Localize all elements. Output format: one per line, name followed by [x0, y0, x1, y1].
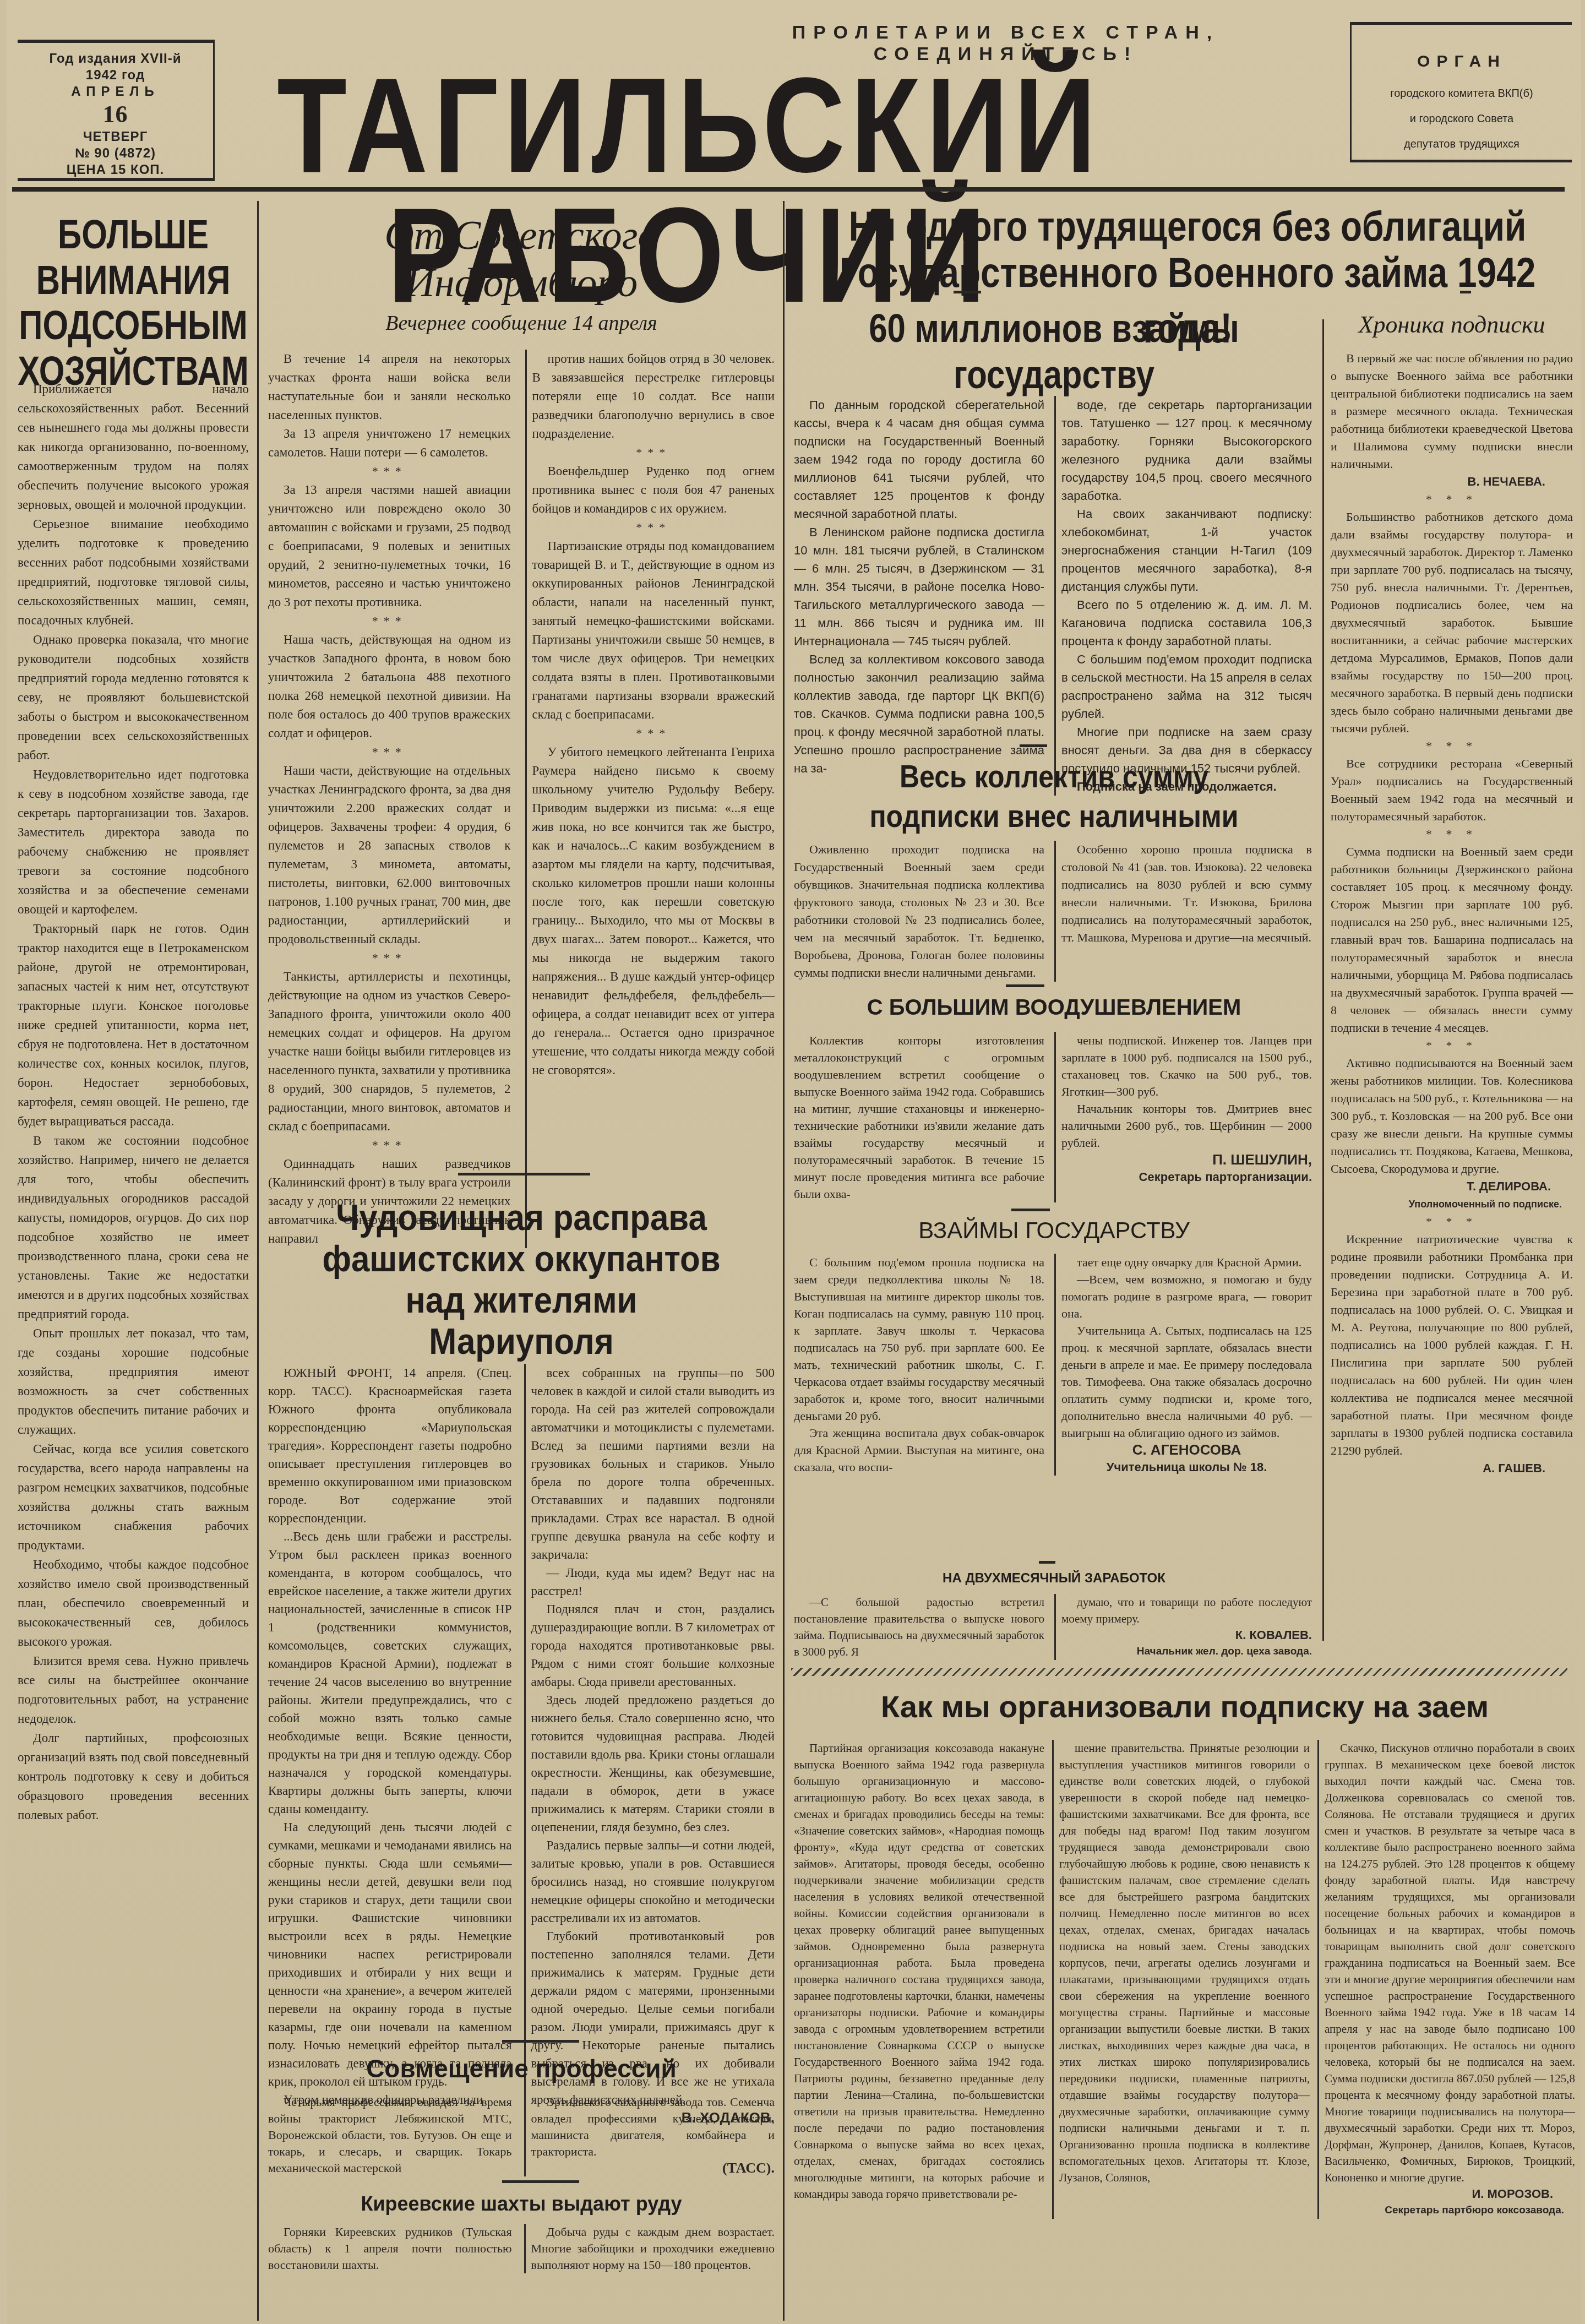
stars-separator: ***: [532, 443, 775, 462]
article-title: 60 миллионов взаймы государству: [794, 306, 1314, 398]
article-title: Совмещение профессий: [268, 2051, 775, 2086]
organ-line-2: и городского Совета: [1352, 106, 1572, 132]
organ-line-3: депутатов трудящихся: [1352, 132, 1572, 157]
paragraph: Наши части, действующие на отдельных уча…: [268, 761, 511, 949]
organ-line-1: городского комитета ВКП(б): [1352, 81, 1572, 106]
paragraph: Раздались первые залпы—и сотни людей, за…: [531, 1836, 775, 1927]
stars-separator: ***: [268, 949, 511, 967]
paragraph: —С большой радостью встретил постановлен…: [794, 1594, 1044, 1660]
stars-separator: ***: [268, 743, 511, 761]
article-title: Киреевские шахты выдают руду: [268, 2189, 775, 2219]
paragraph: В течение 14 апреля на некоторых участка…: [268, 350, 511, 424]
month: АПРЕЛЬ: [18, 84, 213, 100]
paragraph: Тракторный парк не готов. Один трактор н…: [18, 919, 249, 1131]
signature-role: Секретарь парторганизации.: [1061, 1168, 1312, 1185]
signature: Т. ДЕЛИРОВА.: [1331, 1178, 1573, 1195]
paragraph: шение правительства. Принятые резолюции …: [1059, 1740, 1310, 2186]
article-column: —С большой радостью встретил постановлен…: [794, 1594, 1044, 1660]
paragraph: Однако проверка показала, что многие рук…: [18, 630, 249, 765]
article-column: Четырьмя профессиями овладел за время во…: [268, 2094, 512, 2176]
column-divider: [783, 201, 785, 2321]
paragraph: Эртильского сахарного завода тов. Семенч…: [531, 2094, 775, 2160]
stars-separator: * * *: [1331, 1037, 1573, 1054]
signature-role: Учительница школы № 18.: [1061, 1458, 1312, 1476]
editorial-title: БОЛЬШЕ ВНИМАНИЯ ПОДСОБНЫМ ХОЗЯЙСТВАМ: [18, 212, 249, 394]
article-column: чены подпиской. Инженер тов. Ланцев при …: [1054, 1032, 1312, 1202]
article-columns: Коллектив конторы изготовления металлоко…: [794, 1032, 1314, 1202]
year: 1942 год: [18, 67, 213, 84]
article-column: Скачко, Пискунов отлично поработали в св…: [1317, 1740, 1575, 2219]
signature: П. ШЕШУЛИН,: [1061, 1151, 1312, 1168]
article-lend-to-state: ВЗАЙМЫ ГОСУДАРСТВУ С большим под'емом пр…: [794, 1214, 1314, 1476]
paragraph: Приближается начало сельскохозяйственных…: [18, 379, 249, 514]
paragraph: Необходимо, чтобы каждое подсобное хозяй…: [18, 1555, 249, 1651]
year-of-publication: Год издания XVII-й: [18, 51, 213, 67]
paragraph: Оживленно проходит подписка на Государст…: [794, 841, 1044, 982]
issue-number: № 90 (4872): [18, 145, 213, 162]
paragraph: С большим под'емом проходит подписка в с…: [1061, 650, 1312, 723]
article-columns: Оживленно проходит подписка на Государст…: [794, 841, 1314, 982]
paragraph: Танкисты, артиллеристы и пехотинцы, дейс…: [268, 967, 511, 1136]
article-columns: Партийная организация коксозавода накану…: [794, 1740, 1576, 2219]
article-columns: Четырьмя профессиями овладел за время во…: [268, 2094, 775, 2176]
paragraph: ЮЖНЫЙ ФРОНТ, 14 апреля. (Спец. корр. ТАС…: [268, 1364, 512, 1527]
stars-separator: ***: [532, 724, 775, 743]
article-column: всех собранных на группы—по 500 человек …: [524, 1364, 775, 2127]
paragraph: Наша часть, действующая на одном из учас…: [268, 630, 511, 743]
chronicle-item: Сумма подписки на Военный заем среди раб…: [1331, 843, 1573, 1037]
paragraph: Военфельдшер Руденко под огнем противник…: [532, 462, 775, 518]
article-column: По данным городской сберегательной кассы…: [794, 396, 1044, 796]
column-divider: [257, 201, 259, 2321]
paragraph: против наших бойцов отряд в 30 человек. …: [532, 350, 775, 443]
paragraph: Четырьмя профессиями овладел за время во…: [268, 2094, 512, 2176]
paragraph: Начальник конторы тов. Дмитриев внес нал…: [1061, 1100, 1312, 1151]
signature-role: Секретарь партбюро коксозавода.: [1325, 2202, 1575, 2219]
article-columns: По данным городской сберегательной кассы…: [794, 396, 1314, 796]
paragraph: По данным городской сберегательной кассы…: [794, 396, 1044, 523]
paragraph: Учительница А. Сытых, подписалась на 125…: [1061, 1322, 1312, 1441]
article-column: тает еще одну овчарку для Красной Армии.…: [1054, 1254, 1312, 1476]
article-title: Как мы организовали подписку на заем: [794, 1685, 1576, 1729]
paragraph: С большим под'емом прошла подписка на за…: [794, 1254, 1044, 1424]
article-column: ЮЖНЫЙ ФРОНТ, 14 апреля. (Спец. корр. ТАС…: [268, 1364, 512, 2127]
paragraph: Долг партийных, профсоюзных организаций …: [18, 1728, 249, 1825]
separator-rule: [1460, 291, 1471, 293]
signature: В. НЕЧАЕВА.: [1331, 473, 1573, 491]
paragraph: У убитого немецкого лейтенанта Генриха Р…: [532, 743, 775, 1080]
article-column: шение правительства. Принятые резолюции …: [1052, 1740, 1310, 2219]
paragraph: тает еще одну овчарку для Красной Армии.: [1061, 1254, 1312, 1271]
paragraph: Серьезное внимание необходимо уделить по…: [18, 514, 249, 630]
article-great-enthusiasm: С БОЛЬШИМ ВООДУШЕВЛЕНИЕМ Коллектив конто…: [794, 991, 1314, 1202]
column-divider: [1322, 319, 1324, 1641]
newspaper-page: Год издания XVII-й 1942 год АПРЕЛЬ 16 ЧЕ…: [7, 0, 1581, 2324]
article-title: ВЗАЙМЫ ГОСУДАРСТВУ: [794, 1214, 1314, 1247]
chronicle-item: В первый же час после об'явления по ради…: [1331, 350, 1573, 473]
paragraph: —Всем, чем возможно, я помогаю и буду по…: [1061, 1271, 1312, 1322]
separator-rule: [1020, 744, 1047, 747]
paragraph: Особенно хорошо прошла подписка в столов…: [1061, 841, 1312, 946]
signature: К. КОВАЛЕВ.: [1061, 1627, 1312, 1643]
article-columns: С большим под'емом прошла подписка на за…: [794, 1254, 1314, 1476]
article-kireevsk-mines: Киреевские шахты выдают руду Горняки Кир…: [268, 2189, 775, 2273]
stars-separator: * * *: [1331, 1213, 1573, 1231]
wavy-divider: [791, 1668, 1567, 1676]
chronicle-item: Активно подписываются на Военный заем же…: [1331, 1054, 1573, 1178]
article-title: С БОЛЬШИМ ВООДУШЕВЛЕНИЕМ: [794, 991, 1314, 1024]
paragraph: Горняки Киреевских рудников (Тульская об…: [268, 2224, 512, 2273]
paragraph: думаю, что и товарищи по работе последую…: [1061, 1594, 1312, 1627]
article-title: НА ДВУХМЕСЯЧНЫЙ ЗАРАБОТОК: [794, 1566, 1314, 1591]
organ-box: ОРГАН городского комитета ВКП(б) и город…: [1350, 22, 1572, 162]
article-title: Чудовищная расправа фашистских оккупанто…: [268, 1198, 775, 1362]
stars-separator: * * *: [1331, 825, 1573, 843]
article-column: против наших бойцов отряд в 30 человек. …: [525, 350, 775, 1248]
day: 16: [18, 100, 213, 129]
separator-rule: [954, 291, 981, 293]
chronicle-item: Все сотрудники ресторана «Северный Урал»…: [1331, 755, 1573, 825]
article-combining-professions: Совмещение профессий Четырьмя профессиям…: [268, 2051, 775, 2176]
stars-separator: * * *: [1331, 737, 1573, 755]
article-columns: ЮЖНЫЙ ФРОНТ, 14 апреля. (Спец. корр. ТАС…: [268, 1364, 775, 2127]
article-how-we-organized: Как мы организовали подписку на заем Пар…: [794, 1685, 1576, 2219]
chronicle-item: Большинство работников детского дома дал…: [1331, 508, 1573, 737]
signature: И. МОРОЗОВ.: [1325, 2186, 1575, 2202]
paragraph: На своих заканчивают подписку: хлебокомб…: [1061, 505, 1312, 596]
paragraph: За 13 апреля уничтожено 17 немецких само…: [268, 424, 511, 462]
separator-rule: [1006, 984, 1044, 987]
paragraph: Добыча руды с каждым днем возрастает. Мн…: [531, 2224, 775, 2273]
signature-role: Начальник жел. дор. цеха завода.: [1061, 1643, 1312, 1660]
separator-rule: [502, 2040, 579, 2043]
article-column: В течение 14 апреля на некоторых участка…: [268, 350, 511, 1248]
paragraph: Партийная организация коксозавода накану…: [794, 1740, 1044, 2202]
article-subtitle: Вечернее сообщение 14 апреля: [268, 307, 775, 340]
article-column: Оживленно проходит подписка на Государст…: [794, 841, 1044, 982]
chronicle-item: Искренние патриотические чувства к родин…: [1331, 1231, 1573, 1460]
separator-rule: [1039, 1561, 1055, 1564]
separator-rule: [1011, 1209, 1050, 1211]
paragraph: Партизанские отряды под командованием то…: [532, 537, 775, 724]
paragraph: Эта женщина воспитала двух собак-овчарок…: [794, 1424, 1044, 1476]
article-column: Особенно хорошо прошла подписка в столов…: [1054, 841, 1312, 982]
article-column: Горняки Киреевских рудников (Тульская об…: [268, 2224, 512, 2273]
separator-rule: [502, 2180, 579, 2183]
article-whole-collective: Весь коллектив сумму подписки внес налич…: [794, 757, 1314, 982]
weekday: ЧЕТВЕРГ: [18, 129, 213, 145]
paragraph: Опыт прошлых лет показал, что там, где с…: [18, 1324, 249, 1439]
price: ЦЕНА 15 КОП.: [18, 162, 213, 178]
paragraph: В Ленинском районе подписка достигла 10 …: [794, 523, 1044, 650]
article-title: От Советского Информбюро: [268, 212, 775, 307]
article-column: Добыча руды с каждым днем возрастает. Мн…: [524, 2224, 775, 2273]
article-column: Коллектив конторы изготовления металлоко…: [794, 1032, 1044, 1202]
paragraph: За 13 апреля частями нашей авиации уничт…: [268, 481, 511, 612]
article-columns: Горняки Киреевских рудников (Тульская об…: [268, 2224, 775, 2273]
article-two-month-salary: НА ДВУХМЕСЯЧНЫЙ ЗАРАБОТОК —С большой рад…: [794, 1566, 1314, 1660]
paragraph: На следующий день тысячи людей с сумками…: [268, 1818, 512, 2091]
stars-separator: * * *: [1331, 491, 1573, 508]
signature-role: Уполномоченный по подписке.: [1331, 1195, 1573, 1213]
article-sixty-million: 60 миллионов взаймы государству По данны…: [794, 306, 1314, 796]
signature: А. ГАШЕВ.: [1331, 1460, 1573, 1477]
stars-separator: ***: [268, 1136, 511, 1155]
masthead-rule: [12, 187, 1565, 192]
paragraph: Неудовлетворительно идет подготовка к се…: [18, 765, 249, 919]
stars-separator: ***: [532, 518, 775, 537]
paragraph: Всего по 5 отделению ж. д. им. Л. М. Каг…: [1061, 596, 1312, 650]
article-columns: —С большой радостью встретил постановлен…: [794, 1594, 1314, 1660]
issue-info-box: Год издания XVII-й 1942 год АПРЕЛЬ 16 ЧЕ…: [18, 40, 215, 181]
chronicle-body: В первый же час после об'явления по ради…: [1331, 350, 1573, 1477]
paragraph: воде, где секретарь парторганизации тов.…: [1061, 396, 1312, 505]
paragraph: Сейчас, когда все усилия советского госу…: [18, 1439, 249, 1555]
paragraph: всех собранных на группы—по 500 человек …: [531, 1364, 775, 1564]
paragraph: Скачко, Пискунов отлично поработали в св…: [1325, 1740, 1575, 2186]
chronicle-title: Хроника подписки: [1331, 306, 1573, 344]
article-column: С большим под'емом прошла подписка на за…: [794, 1254, 1044, 1476]
article-column: Партийная организация коксозавода накану…: [794, 1740, 1044, 2219]
separator-rule: [458, 1173, 590, 1175]
paragraph: Здесь людей предложено раздеться до нижн…: [531, 1691, 775, 1836]
paragraph: чены подпиской. Инженер тов. Ланцев при …: [1061, 1032, 1312, 1100]
article-sovinformburo: От Советского Информбюро Вечернее сообще…: [268, 212, 775, 1248]
article-column: думаю, что и товарищи по работе последую…: [1054, 1594, 1312, 1660]
editorial-subsidiary-farms: БОЛЬШЕ ВНИМАНИЯ ПОДСОБНЫМ ХОЗЯЙСТВАМ При…: [18, 212, 249, 1825]
signature: С. АГЕНОСОВА: [1061, 1441, 1312, 1458]
paragraph: Близится время сева. Нужно привлечь все …: [18, 1651, 249, 1728]
paragraph: Поднялся плач и стон, раздались душеразд…: [531, 1600, 775, 1691]
organ-head: ОРГАН: [1352, 52, 1572, 71]
article-mariupol: Чудовищная расправа фашистских оккупанто…: [268, 1198, 775, 2127]
article-title: Весь коллектив сумму подписки внес налич…: [794, 757, 1314, 836]
source: (ТАСС).: [531, 2160, 775, 2176]
paragraph: В таком же состоянии подсобное хозяйство…: [18, 1131, 249, 1324]
stars-separator: ***: [268, 612, 511, 630]
article-column: Эртильского сахарного завода тов. Семенч…: [524, 2094, 775, 2176]
editorial-body: Приближается начало сельскохозяйственных…: [18, 379, 249, 1825]
article-column: воде, где секретарь парторганизации тов.…: [1054, 396, 1312, 796]
chronicle-column: Хроника подписки В первый же час после о…: [1331, 306, 1573, 1477]
paragraph: — Люди, куда мы идем? Ведут нас на расст…: [531, 1564, 775, 1600]
paragraph: Коллектив конторы изготовления металлоко…: [794, 1032, 1044, 1202]
article-columns: В течение 14 апреля на некоторых участка…: [268, 350, 775, 1248]
paragraph: ...Весь день шли грабежи и расстрелы. Ут…: [268, 1527, 512, 1818]
stars-separator: ***: [268, 462, 511, 481]
